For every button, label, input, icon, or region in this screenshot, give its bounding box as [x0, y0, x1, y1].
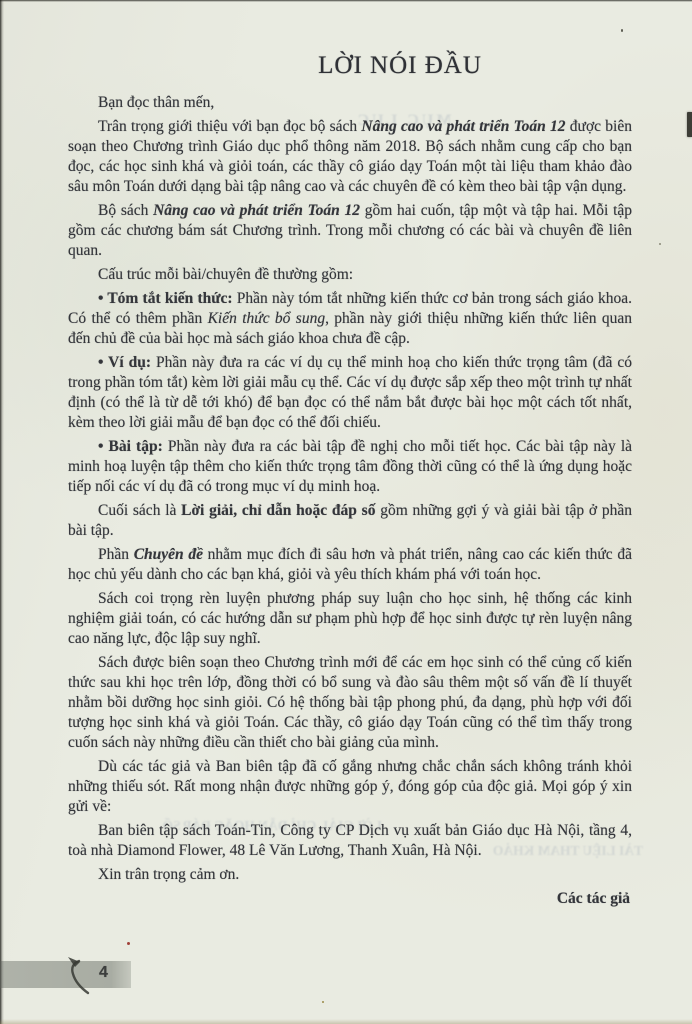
text-run: Sách được biên soạn theo Chương trình mớ… — [68, 654, 632, 751]
book-title-emphasis: Nâng cao và phát triển Toán 12 — [153, 202, 360, 219]
text-run: Cuối sách là — [98, 502, 181, 519]
paragraph: Sách được biên soạn theo Chương trình mớ… — [68, 653, 632, 753]
closing: Xin trân trọng cảm ơn. — [68, 865, 632, 885]
book-title-emphasis: Nâng cao và phát triển Toán 12 — [361, 118, 565, 135]
italic-run: Kiến thức bổ sung — [208, 310, 326, 327]
paragraph: • Ví dụ: Phần này đưa ra các ví dụ cụ th… — [68, 353, 632, 433]
signature: Các tác giả — [68, 889, 632, 909]
text-run: Dù các tác giả và Ban biên tập đã cố gắn… — [68, 758, 632, 815]
paragraph: Trân trọng giới thiệu với bạn đọc bộ sác… — [68, 117, 632, 197]
text-run: Cấu trúc mỗi bài/chuyên đề thường gồm: — [98, 266, 353, 283]
text-run: Phần — [98, 546, 134, 563]
paragraph: Bộ sách Nâng cao và phát triển Toán 12 g… — [68, 201, 632, 261]
scanned-book-page: MỤC LỤC LỜI GIẢI, CHỈ DẪN HOẶC ĐÁP SỐ TÀ… — [0, 0, 692, 1024]
text-run: Bộ sách — [98, 202, 153, 219]
paragraph: Cấu trúc mỗi bài/chuyên đề thường gồm: — [68, 265, 632, 285]
text-run: Xin trân trọng cảm ơn. — [98, 866, 239, 883]
bold-run: • Bài tập: — [98, 438, 168, 455]
scan-edge-right-tab — [687, 112, 692, 137]
scan-edge-bottom — [0, 1019, 692, 1024]
text-run: Trân trọng giới thiệu với bạn đọc bộ sác… — [98, 118, 361, 135]
paragraph: Ban biên tập sách Toán-Tin, Công ty CP D… — [68, 821, 632, 861]
text-run: Ban biên tập sách Toán-Tin, Công ty CP D… — [68, 822, 632, 859]
paragraph: Phần Chuyên đề nhằm mục đích đi sâu hơn … — [68, 545, 632, 585]
paragraph: Sách coi trọng rèn luyện phương pháp suy… — [68, 589, 632, 649]
bold-run: Các tác giả — [557, 890, 630, 907]
bold-run: Lời giải, chỉ dẫn hoặc đáp số — [181, 502, 375, 519]
page-title: LỜI NÓI ĐẦU — [68, 52, 632, 80]
paragraph: • Tóm tắt kiến thức: Phần này tóm tắt nh… — [68, 289, 632, 349]
paragraph: • Bài tập: Phần này đưa ra các bài tập đ… — [68, 437, 632, 497]
page-number: 4 — [99, 964, 108, 982]
bold-run: • Tóm tắt kiến thức: — [98, 290, 237, 307]
paper-speck — [659, 243, 661, 245]
bold-run: • Ví dụ: — [98, 354, 156, 371]
paragraph: Dù các tác giả và Ban biên tập đã cố gắn… — [68, 757, 632, 817]
text-run: Sách coi trọng rèn luyện phương pháp suy… — [68, 590, 632, 647]
paper-speck — [621, 29, 623, 32]
preface-content: LỜI NÓI ĐẦU Bạn đọc thân mến,Trân trọng … — [68, 0, 632, 909]
preface-paragraphs: Bạn đọc thân mến,Trân trọng giới thiệu v… — [68, 93, 632, 909]
book-title-emphasis: Chuyên đề — [134, 546, 203, 563]
paper-speck — [322, 1001, 324, 1003]
scan-edge-left — [0, 0, 4, 1024]
page-number-bar: 4 — [0, 961, 131, 988]
paragraph: Cuối sách là Lời giải, chỉ dẫn hoặc đáp … — [68, 501, 632, 541]
pen-mark — [58, 955, 102, 997]
salutation: Bạn đọc thân mến, — [68, 93, 632, 113]
paper-speck — [127, 942, 130, 945]
text-run: Bạn đọc thân mến, — [98, 94, 214, 111]
